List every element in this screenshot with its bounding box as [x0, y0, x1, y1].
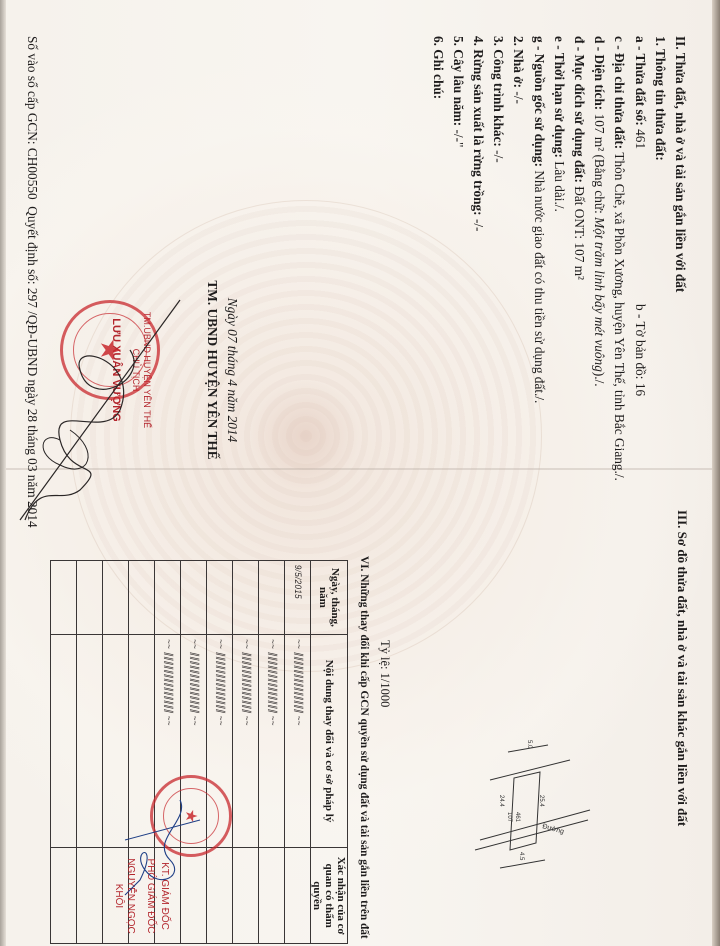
house-label: 2. Nhà ở:: [511, 36, 526, 88]
other-works-row: 3. Công trình khác: -/-: [488, 36, 508, 466]
parcel-number: 461: [633, 129, 648, 149]
origin-row: g - Nguồn gốc sử dụng: Nhà nước giao đất…: [528, 36, 548, 466]
address-row: c - Địa chỉ thửa đất: Thôn Chẽ, xã Phồn …: [609, 36, 629, 466]
col-content: Nội dung thay đổi và cơ sở pháp lý: [311, 634, 348, 847]
area-suffix: )./.: [592, 372, 607, 387]
approval-name: NGUYỄN NGỌC KHÔI: [112, 848, 136, 944]
approval-line1: KT. GIÁM ĐỐC: [158, 848, 170, 944]
table-row: ~~ ∥∥∥∥∥∥∥∥∥∥∥∥∥∥ ~~: [233, 561, 259, 944]
registry-label: Số vào sổ cấp GCN:: [25, 36, 40, 145]
row-date: [207, 561, 233, 624]
section6-title: VI. Những thay đổi khi cấp GCN quyền sử …: [358, 556, 370, 939]
handwritten-entry: ~~ ∥∥∥∥∥∥∥∥∥∥∥∥∥∥ ~~: [190, 639, 201, 726]
registry-footer: Số vào sổ cấp GCN: CH00550 Quyết định số…: [24, 36, 40, 528]
parcel-area-label: 107: [506, 812, 512, 823]
row-date: [155, 561, 181, 624]
row-date: [233, 561, 259, 624]
perennial-value: -/-": [451, 129, 466, 147]
road-label: Đường: [541, 823, 564, 836]
term-row: e - Thời hạn sử dụng: Lâu dài./.: [549, 36, 569, 466]
perennial-row: 5. Cây lâu năm: -/-": [448, 36, 468, 466]
other-works-label: 3. Công trình khác:: [491, 36, 506, 147]
planted-forest-row: 4. Rừng sản xuất là rừng trồng: -/-: [468, 36, 488, 466]
section3-title: III. Sơ đồ thửa đất, nhà ở và tài sản kh…: [674, 510, 690, 826]
term-label: e - Thời hạn sử dụng:: [552, 36, 567, 158]
dim-label-1: 5.0: [526, 740, 532, 749]
handwritten-entry: ~~ ∥∥∥∥∥∥∥∥∥∥∥∥∥∥ ~~: [242, 639, 253, 726]
row-date: [51, 561, 77, 624]
dim-label-4: 4.5: [518, 852, 524, 861]
row-approval: [259, 848, 285, 944]
planted-forest-label: 4. Rừng sản xuất là rừng trồng:: [471, 36, 486, 216]
house-value: -/-: [511, 91, 526, 104]
area-label: d - Diện tích:: [592, 36, 607, 110]
col-date: Ngày, tháng, năm: [311, 561, 348, 635]
decision-ref: Quyết định số: 297 /QĐ-UBND ngày 28 thán…: [25, 206, 40, 527]
row-date: 9/5/2015: [285, 561, 311, 624]
purpose-label: đ - Mục đích sử dụng đất:: [572, 36, 587, 183]
district-stamp: ★: [60, 300, 160, 400]
house-row: 2. Nhà ở: -/-: [508, 36, 528, 466]
row-date: [129, 561, 155, 624]
certificate-page: II. Thửa đất, nhà ở và tài sản gắn liền …: [0, 0, 720, 946]
section2-title: II. Thửa đất, nhà ở và tài sản gắn liền …: [670, 36, 690, 466]
changes-table-header: Ngày, tháng, năm Nội dung thay đổi và cơ…: [311, 561, 348, 944]
notes-label: 6. Ghi chú:: [431, 36, 446, 99]
parcel-sketch: Đường 461 107 5.0 25.4 24.4 4.5: [420, 700, 600, 900]
land-info-heading: 1. Thông tin thửa đất:: [650, 36, 670, 466]
dim-label-3: 24.4: [498, 795, 504, 807]
origin-value: Nhà nước giao đất có thu tiền sử dụng đấ…: [532, 170, 547, 403]
col-approval: Xác nhận của cơ quan có thẩm quyền: [311, 848, 348, 944]
perennial-label: 5. Cây lâu năm:: [451, 36, 466, 126]
other-works-value: -/-: [491, 150, 506, 163]
row-date: [181, 561, 207, 624]
row-approval: [207, 848, 233, 944]
row-content: [103, 634, 129, 847]
star-emblem-icon: ★: [96, 337, 124, 362]
table-row: [51, 561, 77, 944]
table-row: 9/5/2015~~ ∥∥∥∥∥∥∥∥∥∥∥∥∥∥ ~~: [285, 561, 311, 944]
parcel-row: a - Thửa đất số: 461 b - Tờ bản đồ: 16: [629, 36, 649, 466]
row-content: ~~ ∥∥∥∥∥∥∥∥∥∥∥∥∥∥ ~~: [233, 634, 259, 847]
area-value: 107 m² (Bằng chữ:: [592, 114, 607, 214]
table-row: ~~ ∥∥∥∥∥∥∥∥∥∥∥∥∥∥ ~~: [259, 561, 285, 944]
row-approval: [51, 848, 77, 944]
parcel-number-label-sketch: 461: [514, 812, 520, 823]
address-value: Thôn Chẽ, xã Phồn Xương, huyện Yên Thế, …: [612, 152, 627, 481]
table-row: ~~ ∥∥∥∥∥∥∥∥∥∥∥∥∥∥ ~~: [207, 561, 233, 944]
row-date: [77, 561, 103, 624]
row-date: [103, 561, 129, 624]
handwritten-entry: ~~ ∥∥∥∥∥∥∥∥∥∥∥∥∥∥ ~~: [216, 639, 227, 726]
term-value: Lâu dài./.: [552, 161, 567, 212]
origin-label: g - Nguồn gốc sử dụng:: [532, 36, 547, 167]
registry-number: CH00550: [25, 148, 40, 200]
handwritten-entry: ~~ ∥∥∥∥∥∥∥∥∥∥∥∥∥∥ ~~: [294, 639, 305, 726]
star-emblem-icon: ★: [177, 809, 205, 823]
issue-date: Ngày 07 tháng 4 năm 2014: [224, 250, 240, 490]
branch-office-stamp: ★: [150, 775, 232, 857]
map-sheet: b - Tờ bản đồ: 16: [629, 304, 649, 396]
purpose-row: đ - Mục đích sử dụng đất: Đất ONT: 107 m…: [569, 36, 589, 466]
approval-line2: PHÓ GIÁM ĐỐC: [144, 848, 156, 944]
area-row: d - Diện tích: 107 m² (Bằng chữ: Một tră…: [589, 36, 609, 466]
notes-row: 6. Ghi chú:: [427, 36, 447, 466]
row-approval: [285, 848, 311, 944]
dim-label-2: 25.4: [538, 795, 544, 807]
row-date: [259, 561, 285, 624]
parcel-number-label: a - Thửa đất số:: [633, 36, 648, 126]
area-words: Một trăm linh bẩy mét vuông: [592, 217, 607, 372]
row-content: [51, 634, 77, 847]
map-scale: Tỷ lệ: 1/1000: [377, 640, 392, 707]
row-approval: [233, 848, 259, 944]
handwritten-entry: ~~ ∥∥∥∥∥∥∥∥∥∥∥∥∥∥ ~~: [268, 639, 279, 726]
section-land-info: II. Thửa đất, nhà ở và tài sản gắn liền …: [427, 36, 690, 466]
approval-block: KT. GIÁM ĐỐC PHÓ GIÁM ĐỐC NGUYỄN NGỌC KH…: [80, 848, 200, 944]
handwritten-entry: ~~ ∥∥∥∥∥∥∥∥∥∥∥∥∥∥ ~~: [164, 639, 175, 726]
issuing-org: TM. UBND HUYỆN YÊN THẾ: [204, 250, 220, 490]
address-label: c - Địa chỉ thửa đất:: [612, 36, 627, 149]
row-content: [77, 634, 103, 847]
planted-forest-value: -/-: [471, 219, 486, 232]
purpose-value: Đất ONT: 107 m²: [572, 186, 587, 280]
row-content: ~~ ∥∥∥∥∥∥∥∥∥∥∥∥∥∥ ~~: [259, 634, 285, 847]
row-content: ~~ ∥∥∥∥∥∥∥∥∥∥∥∥∥∥ ~~: [285, 634, 311, 847]
